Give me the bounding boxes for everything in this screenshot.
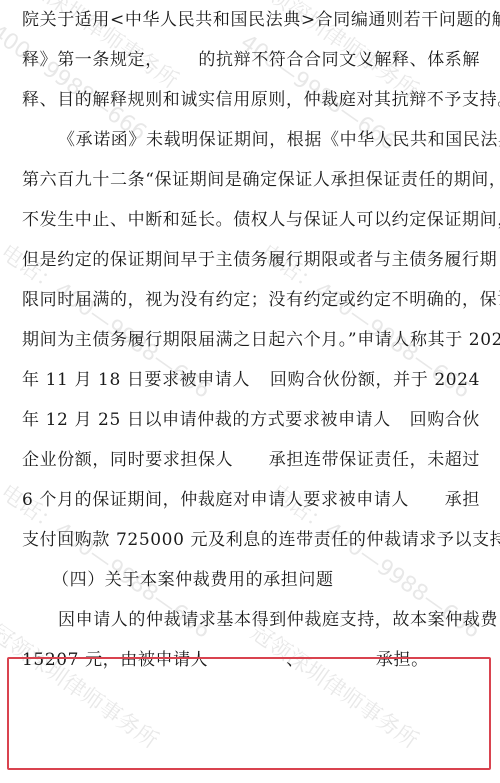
- text-line: 限同时届满的，视为没有约定；没有约定或约定不明确的，保证: [22, 290, 480, 310]
- text-line: 《承诺函》未载明保证期间，根据《中华人民共和国民法典》: [58, 130, 480, 150]
- document-page: 冠领深圳律师事务所 400—9988—666 冠领深圳律师事务所 400—998…: [0, 0, 500, 783]
- text-line: 6 个月的保证期间，仲裁庭对申请人要求被申请人承担: [22, 490, 480, 510]
- text-line: 因申请人的仲裁请求基本得到仲裁庭支持，故本案仲裁费: [58, 610, 480, 630]
- text-line: 释》第一条规定，的抗辩不符合合同文义解释、体系解: [22, 50, 480, 70]
- text-line: 企业份额，同时要求担保人承担连带保证责任，未超过: [22, 450, 480, 470]
- watermark: 400—9988—666: [0, 20, 151, 147]
- text-line: 年 11 月 18 日要求被申请人回购合伙份额，并于 2024: [22, 370, 480, 390]
- text-line: 释、目的解释规则和诚实信用原则，仲裁庭对其抗辩不予支持。: [22, 90, 480, 110]
- text-line: 院关于适用<中华人民共和国民法典>合同编通则若干问题的解: [22, 10, 480, 30]
- text-line: 第六百九十二条“保证期间是确定保证人承担保证责任的期间，: [22, 170, 480, 190]
- text-line: 支付回购款 725000 元及利息的连带责任的仲裁请求予以支持。: [22, 530, 480, 550]
- text-line: 但是约定的保证期间早于主债务履行期限或者与主债务履行期: [22, 250, 480, 270]
- text-line: 年 12 月 25 日以申请仲裁的方式要求被申请人回购合伙: [22, 410, 480, 430]
- subsection-heading: （四）关于本案仲裁费用的承担问题: [52, 570, 474, 590]
- text-line: 不发生中止、中断和延长。债权人与保证人可以约定保证期间，: [22, 210, 480, 230]
- text-line: 期间为主债务履行期限届满之日起六个月。”申请人称其于 2024: [22, 330, 480, 350]
- highlighted-ruling-box: [7, 657, 491, 770]
